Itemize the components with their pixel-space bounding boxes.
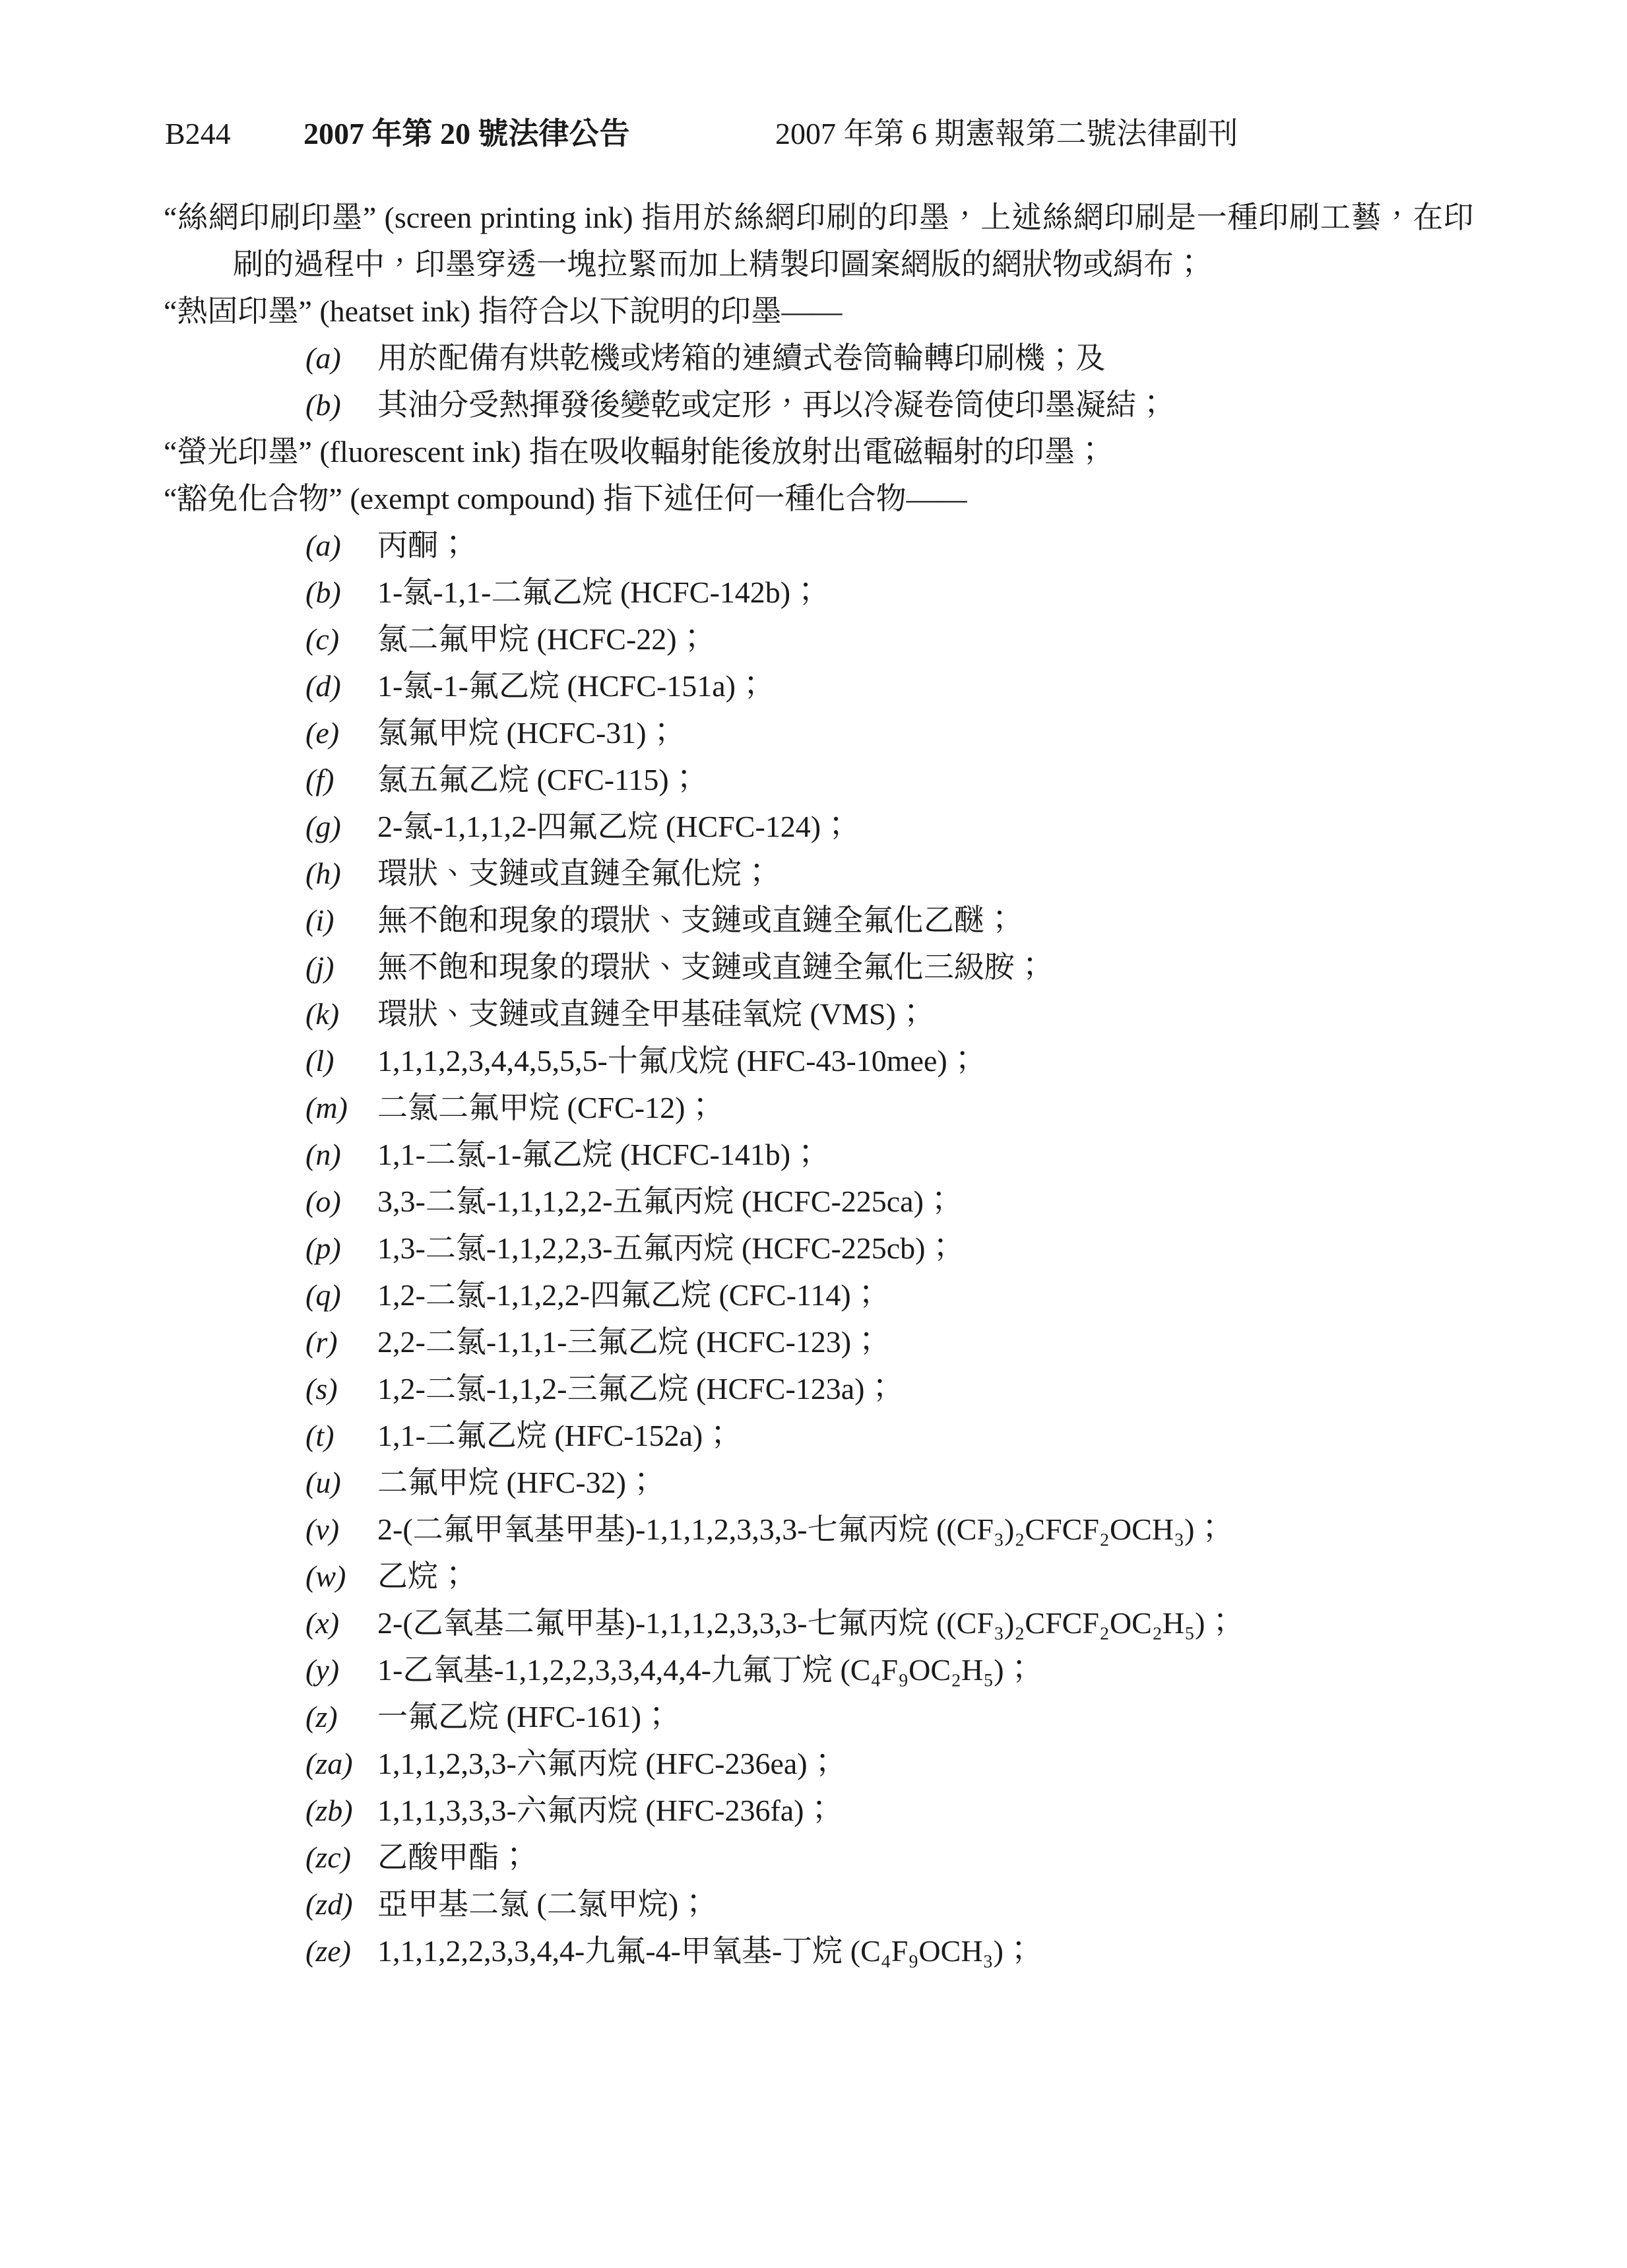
list-item-marker: (zd) <box>305 1881 377 1928</box>
list-item: (y) 1-乙氧基-1,1,2,2,3,3,4,4,4-九氟丁烷 (C₄F₉OC… <box>305 1646 1474 1693</box>
list-item: (a) 丙酮； <box>305 522 1474 569</box>
list-item: (zb) 1,1,1,3,3,3-六氟丙烷 (HFC-236fa)； <box>305 1787 1474 1834</box>
list-item: (zc) 乙酸甲酯； <box>305 1834 1474 1881</box>
list-item-text: 2-(乙氧基二氟甲基)-1,1,1,2,3,3,3-七氟丙烷 ((CF₃)₂CF… <box>377 1600 1474 1646</box>
list-item-text: 用於配備有烘乾機或烤箱的連續式卷筒輪轉印刷機；及 <box>377 335 1474 381</box>
list-item-text: 2,2-二氯-1,1,1-三氟乙烷 (HCFC-123)； <box>377 1318 1474 1365</box>
definition-paragraph: “絲網印刷印墨” (screen printing ink) 指用於絲網印刷的印… <box>164 194 1474 288</box>
definition-paragraph: “豁免化合物” (exempt compound) 指下述任何一種化合物—— <box>164 475 1474 522</box>
list-item-text: 1,1-二氟乙烷 (HFC-152a)； <box>377 1412 1474 1459</box>
list-item: (p) 1,3-二氯-1,1,2,2,3-五氟丙烷 (HCFC-225cb)； <box>305 1225 1474 1272</box>
legal-notice-title: 2007 年第 20 號法律公告 <box>303 117 630 150</box>
list-item-text: 氯氟甲烷 (HCFC-31)； <box>377 709 1474 756</box>
list-item-marker: (g) <box>305 803 377 850</box>
list-item-marker: (c) <box>305 616 377 663</box>
list-item-text: 1-氯-1-氟乙烷 (HCFC-151a)； <box>377 663 1474 709</box>
list-item-text: 無不飽和現象的環狀、支鏈或直鏈全氟化三級胺； <box>377 944 1474 990</box>
list-item: (m) 二氯二氟甲烷 (CFC-12)； <box>305 1084 1474 1131</box>
list-item-text: 1,1-二氯-1-氟乙烷 (HCFC-141b)； <box>377 1131 1474 1178</box>
list-item-marker: (r) <box>305 1318 377 1365</box>
list-item-text: 環狀、支鏈或直鏈全甲基硅氧烷 (VMS)； <box>377 990 1474 1037</box>
list-item-marker: (b) <box>305 381 377 428</box>
list-item-text: 其油分受熱揮發後變乾或定形，再以冷凝卷筒使印墨凝結； <box>377 381 1474 428</box>
list-item-marker: (m) <box>305 1084 377 1131</box>
list-item: (zd) 亞甲基二氯 (二氯甲烷)； <box>305 1881 1474 1928</box>
list-item-text: 氯二氟甲烷 (HCFC-22)； <box>377 616 1474 663</box>
list-item-marker: (l) <box>305 1037 377 1084</box>
list-item: (a) 用於配備有烘乾機或烤箱的連續式卷筒輪轉印刷機；及 <box>305 335 1474 381</box>
list-item-text: 1,3-二氯-1,1,2,2,3-五氟丙烷 (HCFC-225cb)； <box>377 1225 1474 1272</box>
list-item-marker: (b) <box>305 569 377 616</box>
list-item: (n) 1,1-二氯-1-氟乙烷 (HCFC-141b)； <box>305 1131 1474 1178</box>
list-item: (e) 氯氟甲烷 (HCFC-31)； <box>305 709 1474 756</box>
list-item: (h) 環狀、支鏈或直鏈全氟化烷； <box>305 850 1474 897</box>
list-item: (c) 氯二氟甲烷 (HCFC-22)； <box>305 616 1474 663</box>
list-item-marker: (zb) <box>305 1787 377 1834</box>
list-item-marker: (f) <box>305 756 377 803</box>
list-item: (b) 1-氯-1,1-二氟乙烷 (HCFC-142b)； <box>305 569 1474 616</box>
document-body: “絲網印刷印墨” (screen printing ink) 指用於絲網印刷的印… <box>164 194 1474 1974</box>
list-item-marker: (i) <box>305 897 377 944</box>
list-item-marker: (ze) <box>305 1928 377 1974</box>
list-item-text: 二氟甲烷 (HFC-32)； <box>377 1459 1474 1506</box>
list-item: (i) 無不飽和現象的環狀、支鏈或直鏈全氟化乙醚； <box>305 897 1474 944</box>
list-item-marker: (w) <box>305 1553 377 1600</box>
list-item-text: 一氟乙烷 (HFC-161)； <box>377 1693 1474 1740</box>
list-item-text: 1,1,1,2,3,3-六氟丙烷 (HFC-236ea)； <box>377 1740 1474 1787</box>
list-item: (l) 1,1,1,2,3,4,4,5,5,5-十氟戊烷 (HFC-43-10m… <box>305 1037 1474 1084</box>
list-item-text: 1-乙氧基-1,1,2,2,3,3,4,4,4-九氟丁烷 (C₄F₉OC₂H₅)… <box>377 1646 1474 1693</box>
list-item-marker: (y) <box>305 1646 377 1693</box>
list-item-text: 二氯二氟甲烷 (CFC-12)； <box>377 1084 1474 1131</box>
list-item-marker: (u) <box>305 1459 377 1506</box>
gazette-supplement-title: 2007 年第 6 期憲報第二號法律副刊 <box>775 117 1238 150</box>
list-item-marker: (p) <box>305 1225 377 1272</box>
list-item-text: 1,2-二氯-1,1,2,2-四氟乙烷 (CFC-114)； <box>377 1272 1474 1318</box>
list-item: (d) 1-氯-1-氟乙烷 (HCFC-151a)； <box>305 663 1474 709</box>
list-item: (g) 2-氯-1,1,1,2-四氟乙烷 (HCFC-124)； <box>305 803 1474 850</box>
list-item: (k) 環狀、支鏈或直鏈全甲基硅氧烷 (VMS)； <box>305 990 1474 1037</box>
list-item-text: 丙酮； <box>377 522 1474 569</box>
list-item-text: 1-氯-1,1-二氟乙烷 (HCFC-142b)； <box>377 569 1474 616</box>
list-item-text: 1,1,1,2,2,3,3,4,4-九氟-4-甲氧基-丁烷 (C₄F₉OCH₃)… <box>377 1928 1474 1974</box>
list-item: (q) 1,2-二氯-1,1,2,2-四氟乙烷 (CFC-114)； <box>305 1272 1474 1318</box>
list-item-marker: (v) <box>305 1506 377 1553</box>
list-item-text: 3,3-二氯-1,1,1,2,2-五氟丙烷 (HCFC-225ca)； <box>377 1178 1474 1225</box>
list-item-marker: (q) <box>305 1272 377 1318</box>
list-item-text: 1,2-二氯-1,1,2-三氟乙烷 (HCFC-123a)； <box>377 1365 1474 1412</box>
list-item-marker: (x) <box>305 1600 377 1646</box>
list-item-marker: (z) <box>305 1693 377 1740</box>
list-item: (za) 1,1,1,2,3,3-六氟丙烷 (HFC-236ea)； <box>305 1740 1474 1787</box>
list-item-text: 亞甲基二氯 (二氯甲烷)； <box>377 1881 1474 1928</box>
list-item-marker: (t) <box>305 1412 377 1459</box>
list-item-marker: (s) <box>305 1365 377 1412</box>
list-item: (u) 二氟甲烷 (HFC-32)； <box>305 1459 1474 1506</box>
list-item-text: 2-氯-1,1,1,2-四氟乙烷 (HCFC-124)； <box>377 803 1474 850</box>
list-item: (o) 3,3-二氯-1,1,1,2,2-五氟丙烷 (HCFC-225ca)； <box>305 1178 1474 1225</box>
gazette-page: B244 2007 年第 20 號法律公告 2007 年第 6 期憲報第二號法律… <box>0 0 1627 2268</box>
list-item-marker: (o) <box>305 1178 377 1225</box>
list-item-text: 無不飽和現象的環狀、支鏈或直鏈全氟化乙醚； <box>377 897 1474 944</box>
list-item: (f) 氯五氟乙烷 (CFC-115)； <box>305 756 1474 803</box>
list-item: (v) 2-(二氟甲氧基甲基)-1,1,1,2,3,3,3-七氟丙烷 ((CF₃… <box>305 1506 1474 1553</box>
list-item-text: 乙酸甲酯； <box>377 1834 1474 1881</box>
list-item: (s) 1,2-二氯-1,1,2-三氟乙烷 (HCFC-123a)； <box>305 1365 1474 1412</box>
list-item-marker: (h) <box>305 850 377 897</box>
list-item: (b) 其油分受熱揮發後變乾或定形，再以冷凝卷筒使印墨凝結； <box>305 381 1474 428</box>
list-item-marker: (a) <box>305 335 377 381</box>
list-item-marker: (zc) <box>305 1834 377 1881</box>
list-item: (w) 乙烷； <box>305 1553 1474 1600</box>
definition-paragraph: “熱固印墨” (heatset ink) 指符合以下說明的印墨—— <box>164 288 1474 335</box>
list-item: (ze) 1,1,1,2,2,3,3,4,4-九氟-4-甲氧基-丁烷 (C₄F₉… <box>305 1928 1474 1974</box>
page-number: B244 <box>165 117 231 150</box>
list-item: (z) 一氟乙烷 (HFC-161)； <box>305 1693 1474 1740</box>
list-item-text: 乙烷； <box>377 1553 1474 1600</box>
list-item-marker: (k) <box>305 990 377 1037</box>
list-item: (j) 無不飽和現象的環狀、支鏈或直鏈全氟化三級胺； <box>305 944 1474 990</box>
list-item-text: 氯五氟乙烷 (CFC-115)； <box>377 756 1474 803</box>
list-item-text: 2-(二氟甲氧基甲基)-1,1,1,2,3,3,3-七氟丙烷 ((CF₃)₂CF… <box>377 1506 1474 1553</box>
list-item: (x) 2-(乙氧基二氟甲基)-1,1,1,2,3,3,3-七氟丙烷 ((CF₃… <box>305 1600 1474 1646</box>
list-item: (r) 2,2-二氯-1,1,1-三氟乙烷 (HCFC-123)； <box>305 1318 1474 1365</box>
list-item-marker: (d) <box>305 663 377 709</box>
list-item-text: 環狀、支鏈或直鏈全氟化烷； <box>377 850 1474 897</box>
list-item-text: 1,1,1,2,3,4,4,5,5,5-十氟戊烷 (HFC-43-10mee)； <box>377 1037 1474 1084</box>
list-item-marker: (za) <box>305 1740 377 1787</box>
list-item-marker: (j) <box>305 944 377 990</box>
definition-paragraph: “螢光印墨” (fluorescent ink) 指在吸收輻射能後放射出電磁輻射… <box>164 428 1474 475</box>
list-item-text: 1,1,1,3,3,3-六氟丙烷 (HFC-236fa)； <box>377 1787 1474 1834</box>
list-item-marker: (a) <box>305 522 377 569</box>
list-item-marker: (n) <box>305 1131 377 1178</box>
list-item-marker: (e) <box>305 709 377 756</box>
list-item: (t) 1,1-二氟乙烷 (HFC-152a)； <box>305 1412 1474 1459</box>
